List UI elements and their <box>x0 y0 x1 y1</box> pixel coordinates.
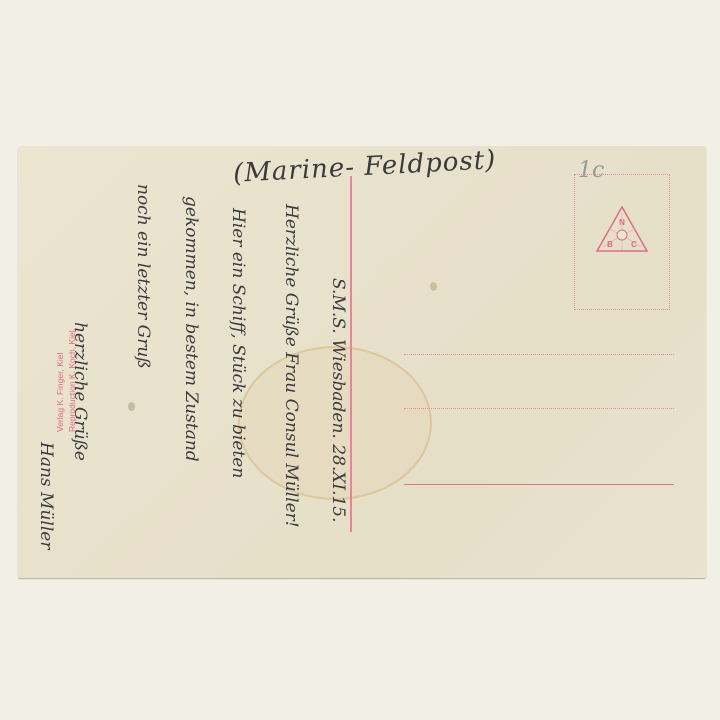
publisher-line: Reproduction K. Koch, Kiel. <box>66 328 78 432</box>
postcard: (Marine- Feldpost) 1c N B C S.M.S. Wiesb… <box>18 146 706 578</box>
message-line: S.M.S. Wiesbaden. 28.XI.15. <box>328 278 348 523</box>
header-handwriting: (Marine- Feldpost) <box>232 145 497 189</box>
message-line: Hier ein Schiff, Stück zu bieten <box>228 208 248 478</box>
address-line-3 <box>404 484 674 485</box>
svg-text:C: C <box>631 240 637 249</box>
divider-line <box>350 176 352 532</box>
nbc-logo-icon: N B C <box>595 205 649 255</box>
spot <box>128 402 135 411</box>
publisher-imprint: Verlag K. Finger, Kiel Reproduction K. K… <box>54 328 78 432</box>
message-line: noch ein letzter Gruß <box>133 184 153 369</box>
message-line: Herzliche Grüße Frau Consul Müller! <box>281 204 301 528</box>
address-line-1 <box>404 354 674 355</box>
signature: Hans Müller <box>36 442 56 549</box>
spot <box>430 282 437 291</box>
svg-text:N: N <box>619 218 625 227</box>
stamp-box: N B C <box>574 174 670 310</box>
address-line-2 <box>404 408 674 409</box>
svg-text:B: B <box>607 240 613 249</box>
publisher-line: Verlag K. Finger, Kiel <box>54 328 66 432</box>
message-line: gekommen, in bestem Zustand <box>181 196 201 462</box>
